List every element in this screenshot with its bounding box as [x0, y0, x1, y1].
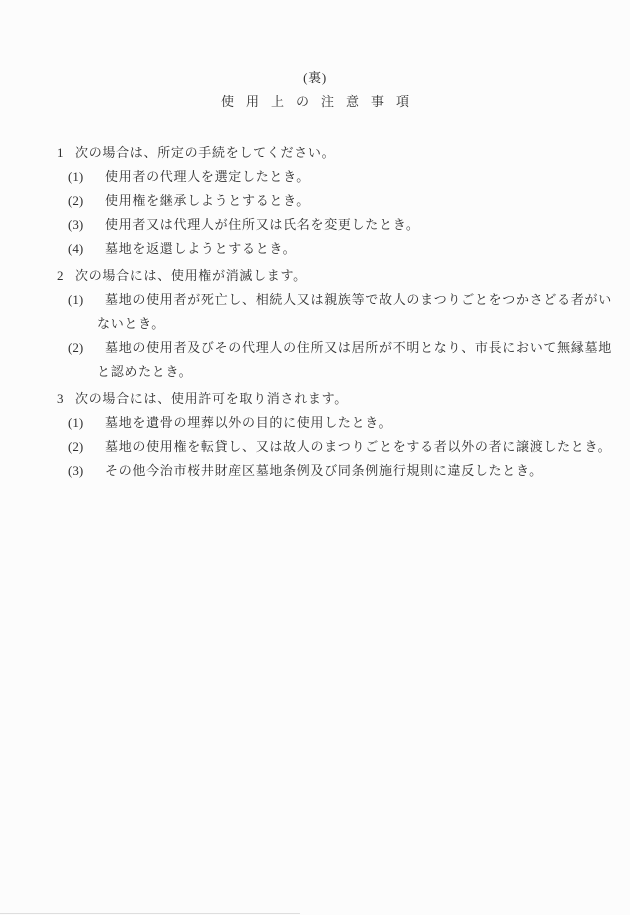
item-marker: (2) — [68, 435, 105, 459]
item-marker: (2) — [68, 336, 105, 360]
item-text: 墓地の使用者及びその代理人の住所又は居所が不明となり、市長において無縁墓地 と認… — [97, 340, 612, 379]
section-heading: 2次の場合には、使用権が消滅します。 — [0, 264, 630, 288]
document-body: 1次の場合は、所定の手続をしてください。 (1)使用者の代理人を選定したとき。 … — [0, 141, 630, 483]
section-heading-text: 次の場合には、使用権が消滅します。 — [75, 268, 307, 283]
item-text: 使用権を継承しようとするとき。 — [105, 193, 310, 208]
list-item: (2)墓地の使用権を転貸し、又は故人のまつりごとをする者以外の者に譲渡したとき。 — [0, 435, 630, 459]
section-permit-revocation: 3次の場合には、使用許可を取り消されます。 (1)墓地を遺骨の埋葬以外の目的に使… — [0, 387, 630, 483]
scan-edge-artifact — [0, 913, 300, 914]
list-item: (3)使用者又は代理人が住所又は氏名を変更したとき。 — [0, 213, 630, 237]
item-marker: (2) — [68, 189, 105, 213]
item-marker: (1) — [68, 165, 105, 189]
document-title: 使用上の注意事項 — [0, 95, 630, 108]
list-item: (2)使用権を継承しようとするとき。 — [0, 189, 630, 213]
item-text: 墓地の使用者が死亡し、相続人又は親族等で故人のまつりごとをつかさどる者がい ない… — [97, 292, 612, 331]
item-marker: (1) — [68, 288, 105, 312]
section-heading: 1次の場合は、所定の手続をしてください。 — [0, 141, 630, 165]
list-item: (4)墓地を返還しようとするとき。 — [0, 237, 630, 261]
section-heading-text: 次の場合は、所定の手続をしてください。 — [75, 145, 335, 160]
list-item: (1)使用者の代理人を選定したとき。 — [0, 165, 630, 189]
item-marker: (4) — [68, 237, 105, 261]
section-number: 1 — [57, 141, 75, 165]
item-text: 墓地の使用権を転貸し、又は故人のまつりごとをする者以外の者に譲渡したとき。 — [105, 439, 611, 454]
list-item: (1)墓地を遺骨の埋葬以外の目的に使用したとき。 — [0, 411, 630, 435]
list-item: (3)その他今治市桜井財産区墓地条例及び同条例施行規則に違反したとき。 — [0, 459, 630, 483]
item-text: 使用者の代理人を選定したとき。 — [105, 169, 310, 184]
list-item: (2)墓地の使用者及びその代理人の住所又は居所が不明となり、市長において無縁墓地… — [0, 336, 630, 384]
section-procedures: 1次の場合は、所定の手続をしてください。 (1)使用者の代理人を選定したとき。 … — [0, 141, 630, 261]
item-text: 墓地を遺骨の埋葬以外の目的に使用したとき。 — [105, 415, 392, 430]
item-text: 墓地を返還しようとするとき。 — [105, 241, 296, 256]
section-heading: 3次の場合には、使用許可を取り消されます。 — [0, 387, 630, 411]
section-number: 3 — [57, 387, 75, 411]
list-item: (1)墓地の使用者が死亡し、相続人又は親族等で故人のまつりごとをつかさどる者がい… — [0, 288, 630, 336]
item-marker: (3) — [68, 459, 105, 483]
section-right-extinguishment: 2次の場合には、使用権が消滅します。 (1)墓地の使用者が死亡し、相続人又は親族… — [0, 264, 630, 384]
item-text: その他今治市桜井財産区墓地条例及び同条例施行規則に違反したとき。 — [105, 463, 543, 478]
item-marker: (3) — [68, 213, 105, 237]
document-page: (裏) 使用上の注意事項 1次の場合は、所定の手続をしてください。 (1)使用者… — [0, 0, 630, 915]
section-number: 2 — [57, 264, 75, 288]
item-text: 使用者又は代理人が住所又は氏名を変更したとき。 — [105, 217, 420, 232]
item-marker: (1) — [68, 411, 105, 435]
page-side-label: (裏) — [0, 71, 630, 84]
section-heading-text: 次の場合には、使用許可を取り消されます。 — [75, 391, 348, 406]
